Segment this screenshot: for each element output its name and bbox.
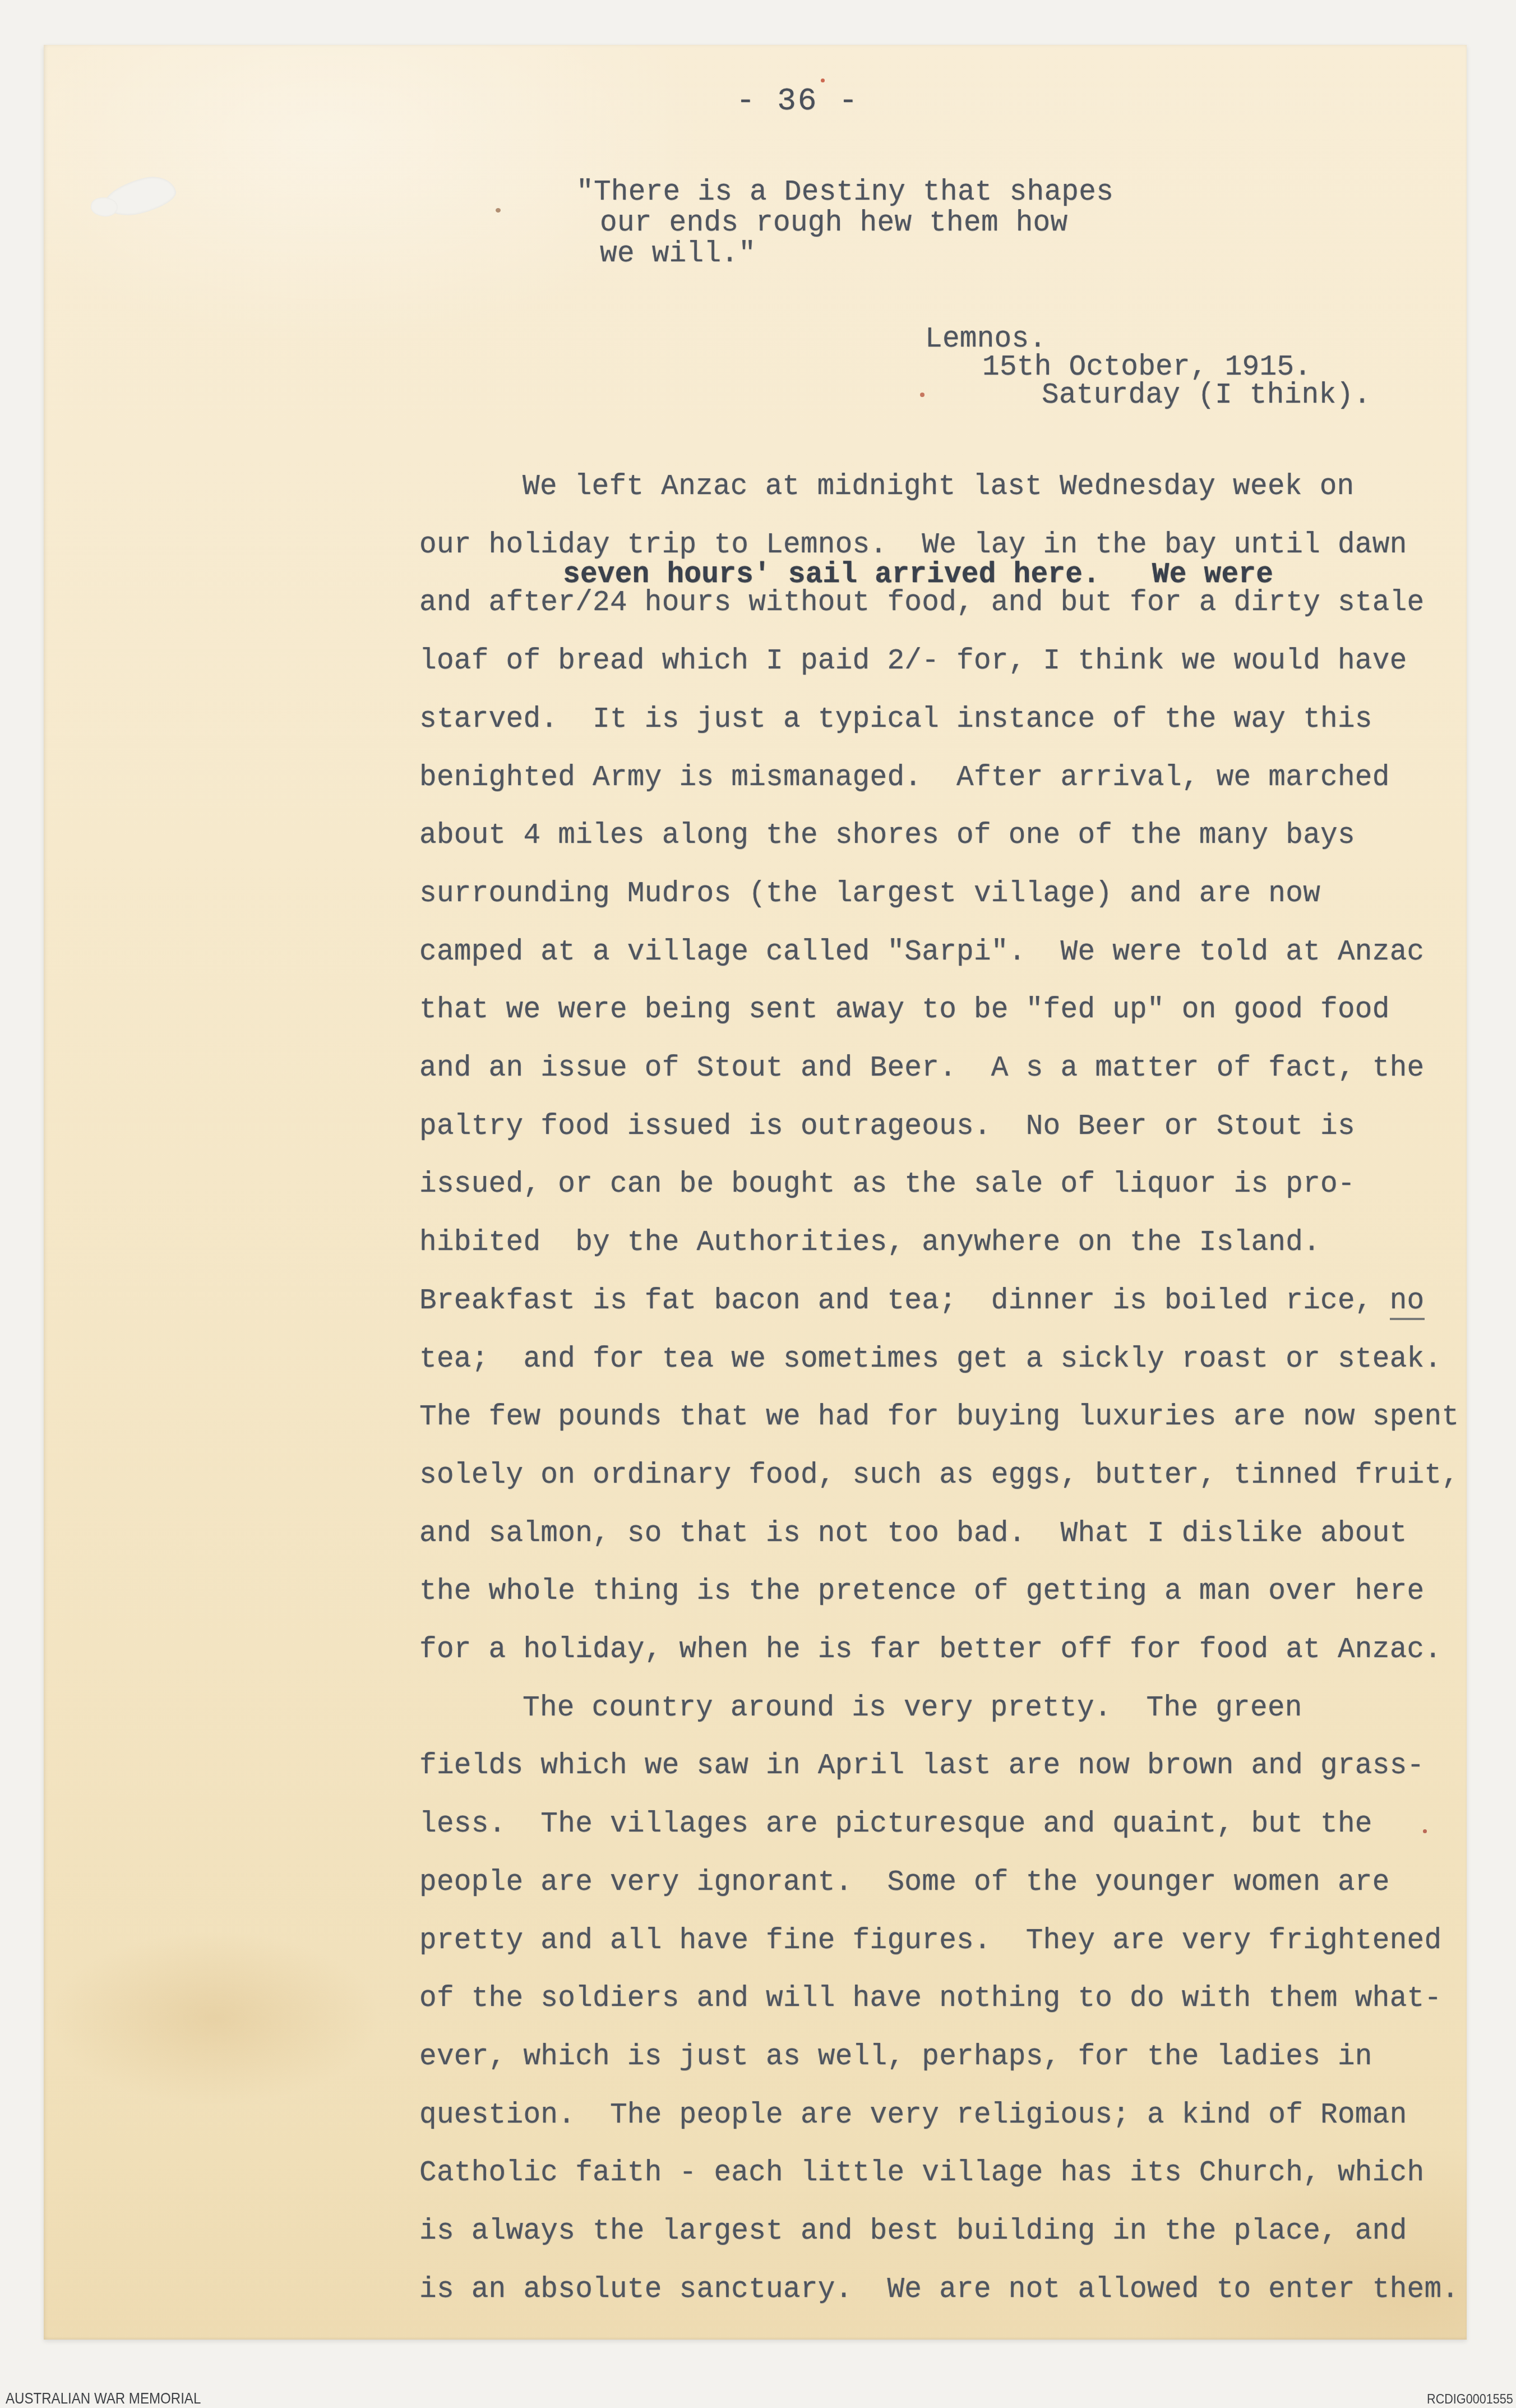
typed-line: is always the largest and best building … (419, 2216, 1407, 2248)
typed-line: of the soldiers and will have nothing to… (419, 1983, 1441, 2015)
paper-speck (920, 393, 925, 397)
dateline-place: Lemnos. (925, 324, 1046, 356)
typed-line: benighted Army is mismanaged. After arri… (419, 763, 1390, 794)
dateline-date: 15th October, 1915. (982, 352, 1311, 384)
typed-line: for a holiday, when he is far better off… (419, 1635, 1441, 1666)
typed-line: and salmon, so that is not too bad. What… (419, 1519, 1407, 1550)
typed-line: camped at a village called "Sarpi". We w… (419, 937, 1425, 968)
archive-item-id: RCDIG0001555 (1427, 2392, 1513, 2407)
typed-line: the whole thing is the pretence of getti… (419, 1576, 1425, 1608)
paper-speck (496, 208, 501, 213)
typed-line: paltry food issued is outrageous. No Bee… (419, 1111, 1355, 1143)
typed-line: and after/24 hours without food, and but… (419, 588, 1425, 619)
typed-line: question. The people are very religious;… (419, 2100, 1407, 2132)
underlined-word: no (1390, 1285, 1425, 1320)
typed-line: pretty and all have fine figures. They a… (419, 1926, 1441, 1957)
typed-line: ever, which is just as well, perhaps, fo… (419, 2042, 1372, 2073)
typed-line: Catholic faith - each little village has… (419, 2158, 1425, 2189)
archive-watermark: AUSTRALIAN WAR MEMORIAL (6, 2389, 201, 2407)
typed-line: The few pounds that we had for buying lu… (419, 1402, 1459, 1433)
typed-line: Breakfast is fat bacon and tea; dinner i… (419, 1286, 1425, 1317)
typed-line: hibited by the Authorities, anywhere on … (419, 1228, 1320, 1259)
typed-line: solely on ordinary food, such as eggs, b… (419, 1460, 1459, 1492)
epigraph-quote-line: "There is a Destiny that shapes (576, 177, 1113, 209)
typed-line: surrounding Mudros (the largest village)… (419, 879, 1320, 910)
paper-speck (1423, 1829, 1427, 1833)
typed-line: that we were being sent away to be "fed … (419, 995, 1390, 1026)
typed-line: issued, or can be bought as the sale of … (419, 1169, 1355, 1201)
typed-line: fields which we saw in April last are no… (419, 1751, 1425, 1782)
paper-speck (821, 79, 825, 82)
typed-line: people are very ignorant. Some of the yo… (419, 1867, 1390, 1899)
typed-line: our holiday trip to Lemnos. We lay in th… (419, 530, 1407, 561)
typed-line: about 4 miles along the shores of one of… (419, 820, 1355, 852)
typed-line: loaf of bread which I paid 2/- for, I th… (419, 646, 1407, 677)
epigraph-quote-line: we will." (600, 239, 756, 270)
typed-line: tea; and for tea we sometimes get a sick… (419, 1344, 1441, 1376)
typed-line: We left Anzac at midnight last Wednesday… (523, 472, 1354, 503)
typed-insertion-line: seven hours' sail arrived here. We were (563, 560, 1273, 591)
typed-line: starved. It is just a typical instance o… (419, 704, 1372, 736)
page-number: - 36 - (736, 84, 859, 119)
dateline-day: Saturday (I think). (1042, 380, 1371, 412)
typed-line: The country around is very pretty. The g… (523, 1693, 1302, 1724)
typed-line: is an absolute sanctuary. We are not all… (419, 2275, 1459, 2306)
typed-line: and an issue of Stout and Beer. A s a ma… (419, 1053, 1425, 1085)
epigraph-quote-line: our ends rough hew them how (600, 208, 1067, 239)
typed-line: less. The villages are picturesque and q… (419, 1809, 1372, 1840)
scan-area: - 36 - "There is a Destiny that shapes o… (0, 0, 1516, 2408)
